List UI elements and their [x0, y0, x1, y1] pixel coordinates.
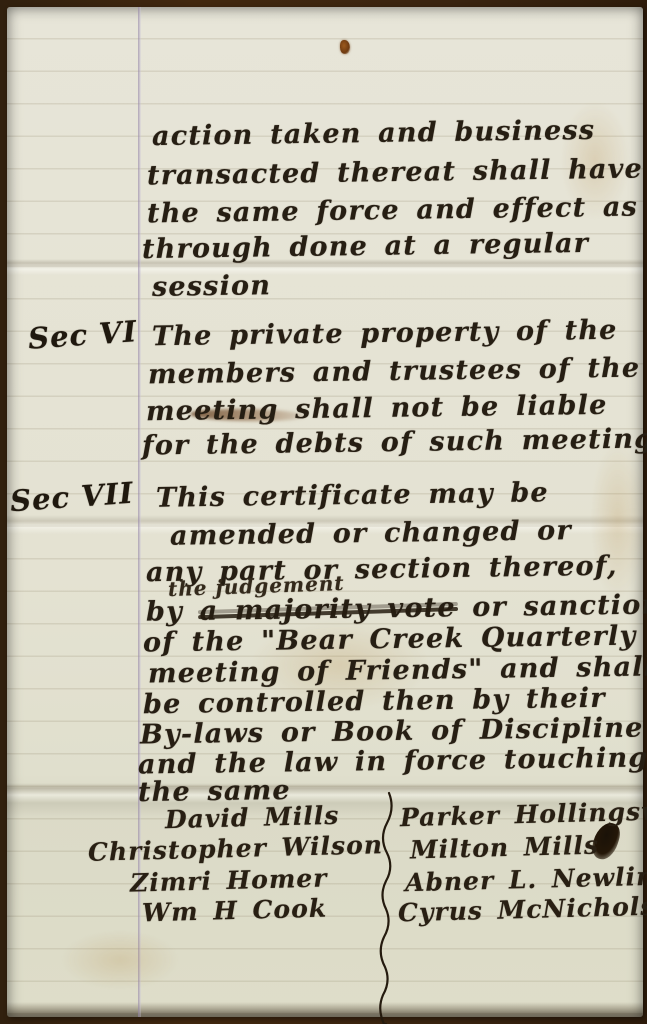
signature: David Mills — [165, 801, 340, 835]
photographed-document: action taken and business transacted the… — [0, 0, 647, 1024]
manuscript-line: amended or changed or — [170, 515, 572, 552]
signature: Zimri Homer — [130, 863, 328, 897]
manuscript-line: through done at a regular — [142, 228, 590, 265]
signature: Milton Mills — [410, 831, 600, 865]
manuscript-line: action taken and business — [152, 115, 596, 152]
amended-prefix: by — [146, 596, 200, 628]
struck-text: a majority vote — [199, 592, 456, 627]
signature: Wm H Cook — [142, 894, 328, 928]
manuscript-line: session — [152, 270, 271, 303]
manuscript-line: meeting shall not be liable — [146, 390, 608, 427]
manuscript-line: The private property of the — [152, 315, 618, 352]
amended-suffix: or sanction — [455, 589, 647, 623]
manuscript-line: This certificate may be — [156, 477, 549, 513]
